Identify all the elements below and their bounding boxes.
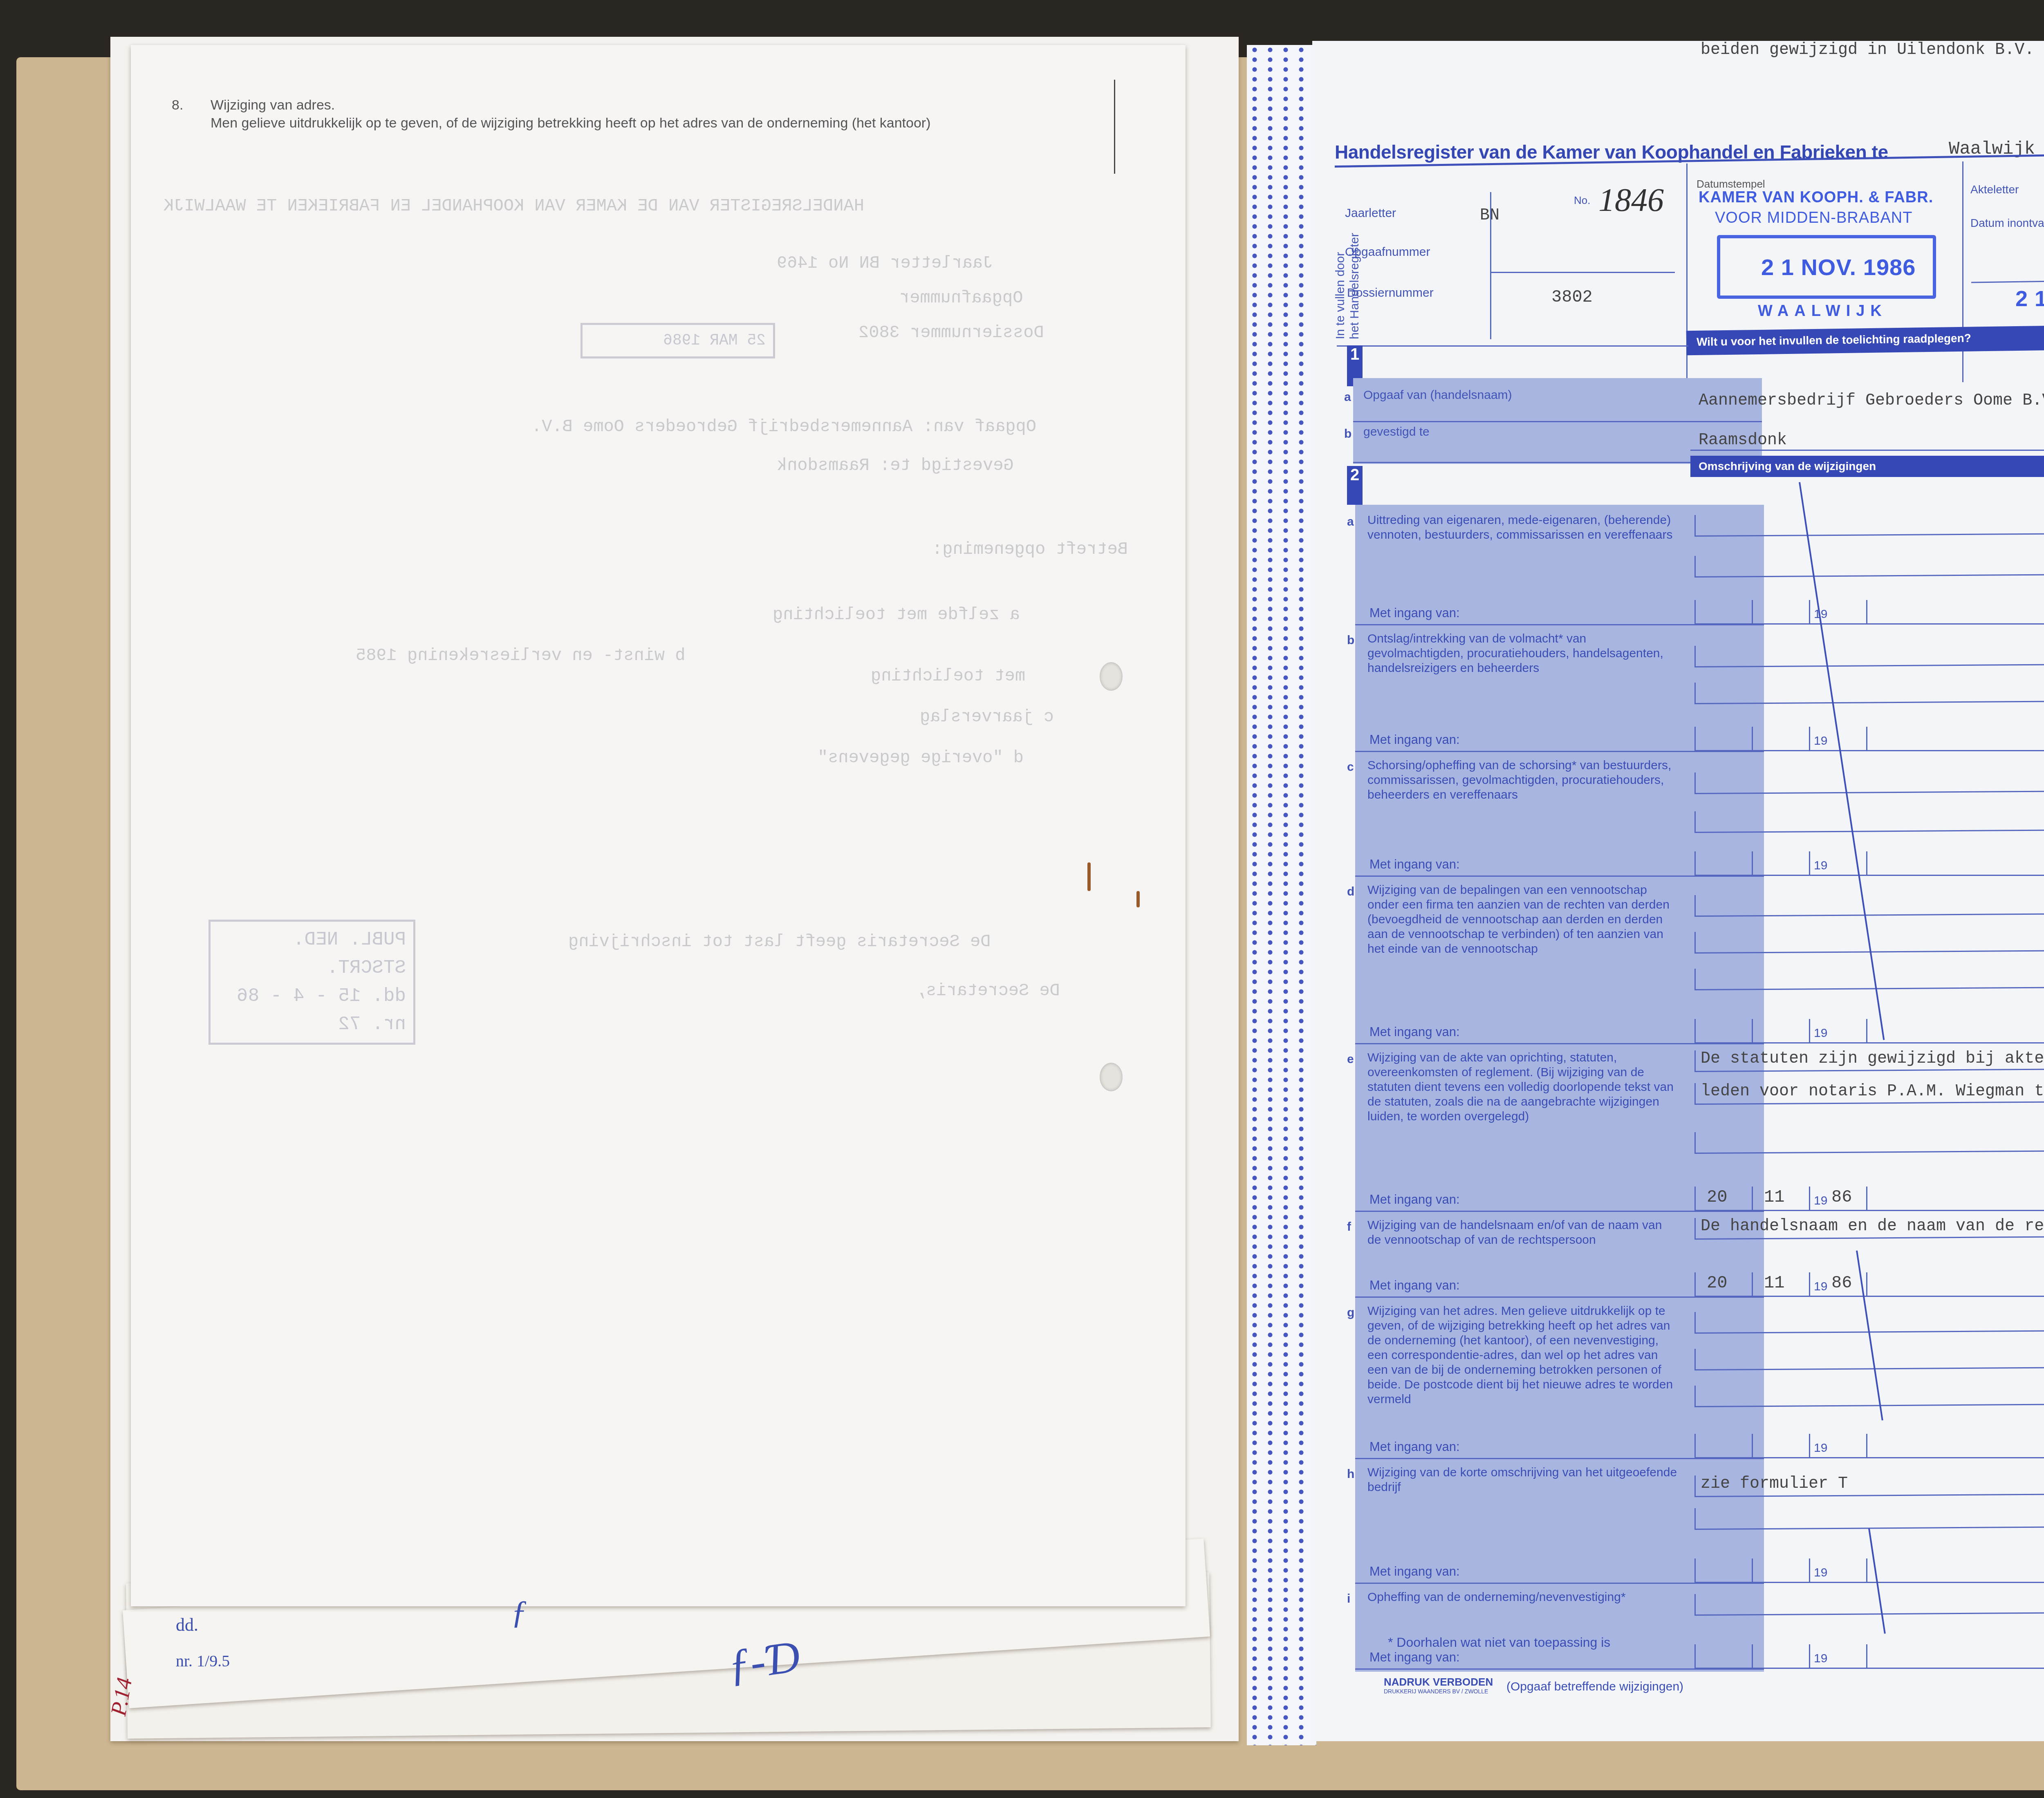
row-label: Wijziging van de bepalingen van een venn…	[1367, 883, 1678, 956]
punch-hole	[1100, 1063, 1123, 1091]
stamp-region: VOOR MIDDEN-BRABANT	[1715, 209, 1912, 227]
form-model-r: Handelsregister van de Kamer van Koophan…	[1312, 41, 2044, 1741]
row-letter: e	[1347, 1052, 1354, 1066]
met-ingang-date-field[interactable]: 19201186	[1694, 1272, 2044, 1297]
date-cell-divider	[1752, 1272, 1753, 1297]
showthrough-line: c jaarverslag	[920, 707, 1054, 727]
showthrough-line: d "overige gegevens"	[818, 748, 1024, 768]
showthrough-line: met toelichting	[871, 666, 1025, 686]
date-cell-divider	[1752, 1644, 1753, 1669]
date-cell-divider	[1694, 1272, 1696, 1297]
date-cell-divider	[1866, 727, 1867, 751]
showthrough-line: Jaarletter BN No 1469	[777, 253, 993, 273]
date-cell-divider	[1752, 1558, 1753, 1583]
date-cell-divider	[1752, 1434, 1753, 1458]
margin-rule	[1114, 80, 1115, 174]
date-month: 11	[1764, 1273, 1784, 1293]
met-ingang-label: Met ingang van:	[1369, 1564, 1460, 1579]
entry-line-tick	[1694, 683, 1696, 704]
date-baseline	[1694, 1457, 2044, 1458]
row-letter: g	[1347, 1306, 1354, 1320]
entry-line-tick	[1694, 772, 1696, 794]
date-cell-divider	[1752, 1019, 1753, 1043]
date-cell-divider	[1809, 1187, 1810, 1211]
entry-line-tick	[1694, 1218, 1696, 1239]
stamp-date-box: 2 1 NOV. 1986	[1717, 235, 1936, 299]
date-baseline	[1694, 1582, 2044, 1583]
date-cell-divider	[1694, 727, 1696, 751]
met-ingang-label: Met ingang van:	[1369, 1278, 1460, 1293]
date-cell-divider	[1694, 1434, 1696, 1458]
date-cell-divider	[1866, 1019, 1867, 1043]
stamp-chamber-name: KAMER VAN KOOPH. & FABR.	[1699, 189, 1933, 206]
date-cell-divider	[1809, 1434, 1810, 1458]
left-page	[131, 45, 1186, 1606]
stamp-date: 2 1 NOV. 1986	[1761, 254, 1916, 280]
stamp-city: WAALWIJK	[1758, 302, 1887, 320]
date-cell-divider	[1866, 1434, 1867, 1458]
showthrough-line: a zelfde met toelichting	[773, 605, 1020, 625]
date-baseline	[1694, 1210, 2044, 1211]
entry-line-tick	[1694, 1594, 1696, 1615]
date-baseline	[1694, 750, 2044, 751]
date-cell-divider	[1809, 1272, 1810, 1297]
row-label: Wijziging van het adres. Men gelieve uit…	[1367, 1304, 1678, 1407]
date-year: 86	[1831, 1273, 1852, 1293]
met-ingang-date-field[interactable]: 19	[1694, 1019, 2044, 1043]
showthrough-line: b winst- en verliesrekening 1985	[356, 646, 686, 665]
entry-line-tick	[1694, 895, 1696, 916]
date-cell-divider	[1866, 1187, 1867, 1211]
met-ingang-date-field[interactable]: 19	[1694, 1558, 2044, 1583]
showthrough-line: Opgaafnummer	[899, 288, 1023, 308]
rust-stain	[1136, 891, 1140, 907]
dossiernummer-value: 3802	[1551, 287, 1593, 307]
field-divider	[1490, 192, 1491, 339]
row-letter: h	[1347, 1467, 1354, 1481]
entry-line-tick	[1694, 969, 1696, 990]
typed-entry: beiden gewijzigd in Uilendonk B.V.	[1701, 41, 2034, 59]
date-cell-divider	[1694, 1558, 1696, 1583]
entry-line-tick	[1694, 646, 1696, 667]
row-letter: b	[1347, 634, 1354, 647]
date-cell-divider	[1752, 727, 1753, 751]
entry-line-tick	[1694, 1050, 1696, 1072]
year-prefix: 19	[1814, 1566, 1827, 1580]
item-number: 8.	[172, 97, 183, 113]
binding-strip	[1247, 45, 1316, 1745]
rust-stain	[1087, 862, 1091, 891]
date-cell-divider	[1809, 851, 1810, 876]
year-prefix: 19	[1814, 1026, 1827, 1040]
year-prefix: 19	[1814, 1652, 1827, 1666]
entry-line-tick	[1694, 1312, 1696, 1333]
date-cell-divider	[1866, 600, 1867, 625]
field-rule	[1971, 278, 2044, 283]
date-cell-divider	[1694, 851, 1696, 876]
entry-line-tick	[1694, 1349, 1696, 1370]
date-cell-divider	[1809, 600, 1810, 625]
row-label: Schorsing/opheffing van de schorsing* va…	[1367, 758, 1678, 802]
strike-through-line	[1799, 482, 1885, 1040]
date-baseline	[1694, 1042, 2044, 1043]
year-prefix: 19	[1814, 1280, 1827, 1294]
date-day: 20	[1707, 1187, 1727, 1207]
typed-entry: zie formulier T	[1701, 1475, 1848, 1493]
row-label: Wijziging van de akte van oprichting, st…	[1367, 1050, 1678, 1124]
field-rule	[1491, 272, 1675, 273]
signature: ƒ‑Ɗ	[724, 1630, 803, 1691]
met-ingang-date-field[interactable]: 19201186	[1694, 1187, 2044, 1211]
entry-line-tick	[1694, 556, 1696, 577]
date-cell-divider	[1866, 1558, 1867, 1583]
showthrough-line: De Secretaris geeft last tot inschrijvin…	[568, 932, 991, 952]
footnote: * Doorhalen wat niet van toepassing is	[1388, 1635, 1610, 1650]
date-cell-divider	[1752, 1187, 1753, 1211]
handelsnaam-value: Aannemersbedrijf Gebroeders Oome B.V.	[1699, 392, 2044, 410]
row-label: Ontslag/intrekking van de volmacht* van …	[1367, 631, 1678, 676]
met-ingang-label: Met ingang van:	[1369, 1025, 1460, 1039]
typed-entry: leden voor notaris P.A.M. Wiegman te 's-…	[1701, 1082, 2044, 1101]
date-cell-divider	[1752, 600, 1753, 625]
date-cell-divider	[1809, 1644, 1810, 1669]
section-2-marker: 2	[1347, 466, 1363, 505]
showthrough-line: HANDELSREGISTER VAN DE KAMER VAN KOOPHAN…	[164, 196, 864, 216]
year-prefix: 19	[1814, 734, 1827, 748]
met-ingang-date-field[interactable]: 19	[1694, 727, 2044, 751]
row-label: Opheffing van de onderneming/nevenvestig…	[1367, 1590, 1678, 1605]
met-ingang-date-field[interactable]: 19	[1694, 600, 2044, 625]
met-ingang-label: Met ingang van:	[1369, 857, 1460, 872]
entry-line-tick	[1694, 1083, 1696, 1104]
akteletter-label: Akteletter	[1970, 183, 2019, 196]
met-ingang-date-field[interactable]: 19	[1694, 1434, 2044, 1458]
date-cell-divider	[1694, 1019, 1696, 1043]
signature-fragment: ƒ	[511, 1594, 527, 1631]
entry-line-tick	[1694, 515, 1696, 536]
entry-line-tick	[1694, 1386, 1696, 1407]
date-baseline	[1694, 623, 2044, 625]
nadruk-verboden: NADRUK VERBODEN	[1384, 1676, 1493, 1688]
form-subtitle: (Opgaaf betreffende wijzigingen)	[1506, 1680, 1683, 1694]
row-letter: d	[1347, 885, 1354, 899]
ontvangst-label: Datum inontvangstneming	[1970, 217, 2044, 230]
date-cell-divider	[1694, 600, 1696, 625]
gevestigd-label: gevestigd te	[1363, 425, 1430, 439]
omschrijving-header: Omschrijving van de wijzigingen	[1690, 456, 2044, 477]
gevestigd-value: Raamsdonk	[1699, 431, 1787, 450]
entry-line-tick	[1694, 1132, 1696, 1153]
ontvangst-date-stamp: 2 1 NOV. 1986	[2015, 286, 2044, 311]
item-heading: Wijziging van adres.	[211, 97, 335, 113]
date-baseline	[1694, 1668, 2044, 1669]
year-prefix: 19	[1814, 1441, 1827, 1455]
row-letter: i	[1347, 1592, 1350, 1606]
jaarletter-label: Jaarletter	[1345, 206, 1396, 220]
date-year: 86	[1831, 1187, 1852, 1207]
date-month: 11	[1764, 1187, 1784, 1207]
entry-line-tick	[1694, 811, 1696, 833]
printer-credit: DRUKKERIJ WAANDERS BV / ZWOLLE	[1384, 1688, 1488, 1695]
typed-entry: De handelsnaam en de naam van de rechtsp…	[1701, 1217, 2044, 1236]
showthrough-line: Dossiernummer 3802	[858, 323, 1044, 343]
entry-line	[1690, 450, 2044, 451]
handwritten-fragment: dd.	[176, 1614, 198, 1635]
opgaafnummer-label: Opgaafnummer	[1345, 245, 1430, 259]
entry-line-tick	[1694, 1476, 1696, 1497]
showthrough-line: Gevestigd te: Raamsdonk	[777, 456, 1014, 475]
row-rule	[1353, 421, 1762, 422]
date-cell-divider	[1866, 1644, 1867, 1669]
met-ingang-label: Met ingang van:	[1369, 1440, 1460, 1454]
showthrough-line: Betreft opgeneming:	[932, 540, 1128, 559]
item-subtext: Men gelieve uitdrukkelijk op te geven, o…	[211, 115, 931, 131]
date-cell-divider	[1809, 1558, 1810, 1583]
publication-stamp-showthrough: PUBL. NED. STSCRT. dd. 15 - 4 - 86 nr. 7…	[208, 920, 415, 1045]
row-label: Uittreding van eigenaren, mede-eigenaren…	[1367, 513, 1678, 542]
received-stamp-showthrough: 25 MAR 1986	[580, 323, 775, 358]
date-baseline	[1694, 1296, 2044, 1297]
jaarletter-value: BN	[1480, 206, 1499, 225]
row-letter: f	[1347, 1220, 1351, 1234]
punch-hole	[1100, 662, 1123, 691]
met-ingang-label: Met ingang van:	[1369, 732, 1460, 747]
typed-entry: De statuten zijn gewijzigd bij akte, 20-…	[1701, 1050, 2044, 1068]
met-ingang-date-field[interactable]: 19	[1694, 1644, 2044, 1669]
handwritten-fragment: nr. 1/9.5	[176, 1651, 230, 1670]
dossiernummer-label: Dossiernummer	[1347, 286, 1434, 300]
date-cell-divider	[1866, 851, 1867, 876]
row-label: Wijziging van de korte omschrijving van …	[1367, 1465, 1678, 1495]
met-ingang-date-field[interactable]: 19	[1694, 851, 2044, 876]
date-cell-divider	[1694, 1644, 1696, 1669]
met-ingang-label: Met ingang van:	[1369, 606, 1460, 620]
date-cell-divider	[1752, 851, 1753, 876]
section-rule	[1337, 345, 1688, 347]
row-letter: a	[1347, 515, 1354, 529]
year-prefix: 19	[1814, 859, 1827, 873]
met-ingang-label: Met ingang van:	[1369, 1192, 1460, 1207]
entry-line-tick	[1694, 1508, 1696, 1529]
date-baseline	[1694, 875, 2044, 876]
handelsnaam-label: Opgaaf van (handelsnaam)	[1363, 388, 1512, 402]
date-cell-divider	[1694, 1187, 1696, 1211]
met-ingang-label: Met ingang van:	[1369, 1650, 1460, 1665]
help-bar: Wilt u voor het invullen de toelichting …	[1686, 323, 2044, 356]
row-letter: a	[1344, 390, 1351, 404]
date-cell-divider	[1866, 1272, 1867, 1297]
no-value-handwritten: 1846	[1598, 182, 1664, 219]
no-label: No.	[1574, 194, 1590, 207]
row-letter: c	[1347, 760, 1354, 774]
row-label: Wijziging van de handelsnaam en/of van d…	[1367, 1218, 1678, 1247]
date-cell-divider	[1809, 1019, 1810, 1043]
year-prefix: 19	[1814, 1194, 1827, 1208]
row-letter: b	[1344, 427, 1351, 441]
showthrough-line: De Secretaris,	[916, 981, 1060, 1001]
entry-line-tick	[1694, 932, 1696, 953]
date-cell-divider	[1809, 727, 1810, 751]
date-day: 20	[1707, 1273, 1727, 1293]
showthrough-line: Opgaaf van: Aannemersbedrijf Gebroeders …	[531, 417, 1036, 437]
